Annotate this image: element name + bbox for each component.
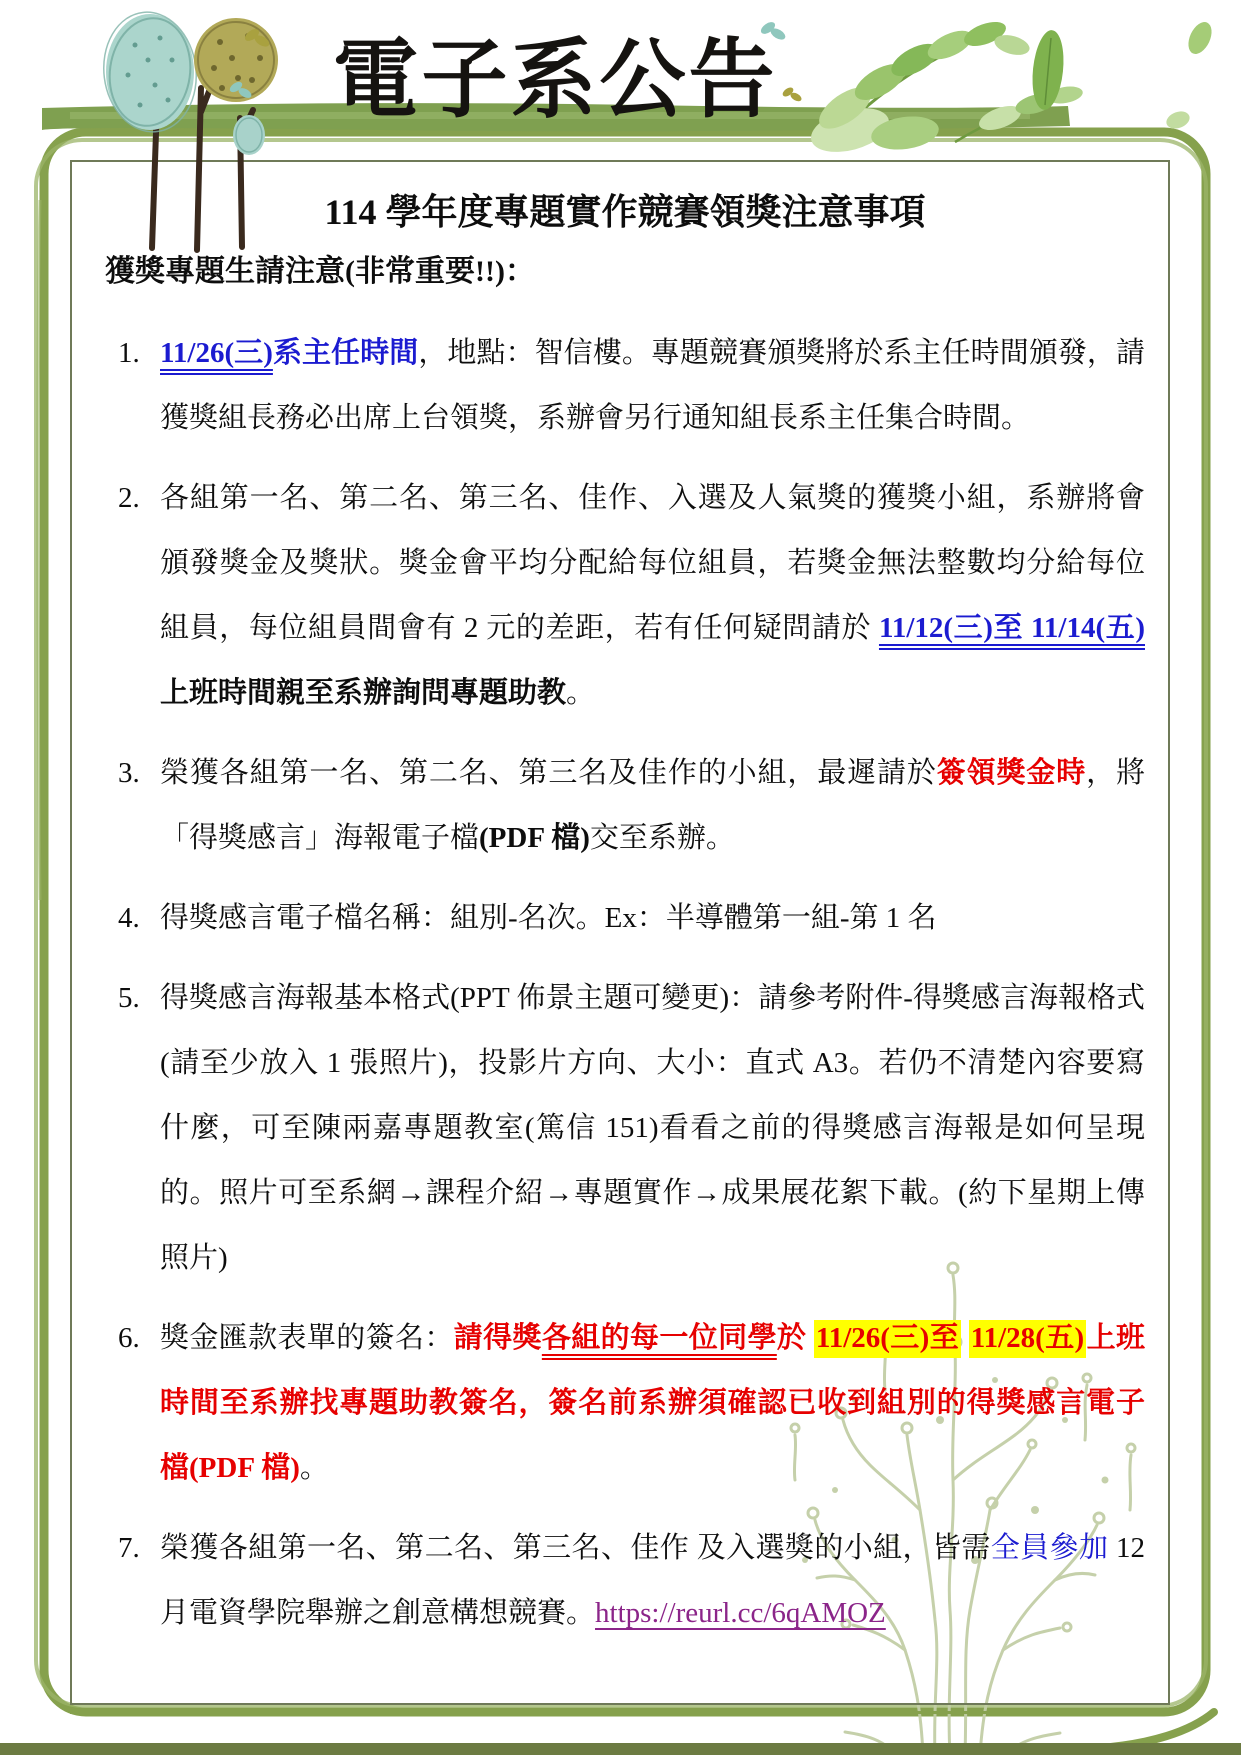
external-link[interactable]: https://reurl.cc/6qAMOZ — [595, 1597, 886, 1629]
text-run: 上班時間親至系辦詢問專題助教 — [160, 677, 566, 709]
bottom-rule — [70, 1711, 1170, 1714]
notice-item-5: 5.得獎感言海報基本格式(PPT 佈景主題可變更)：請參考附件-得獎感言海報格式… — [105, 966, 1145, 1291]
item-number: 4. — [118, 886, 140, 951]
date-link[interactable]: 11/26(三) — [160, 337, 273, 369]
text-run: 11/28(五) — [969, 1320, 1087, 1358]
text-run: 簽領獎金時 — [937, 757, 1086, 789]
text-run: 請得獎 — [454, 1322, 542, 1354]
text-run: 獎金匯款表單的簽名： — [160, 1322, 454, 1354]
banner-title: 電子系公告 — [333, 10, 778, 134]
notice-item-7: 7.榮獲各組第一名、第二名、第三名、佳作 及入選獎的小組，皆需全員參加 12 月… — [105, 1516, 1145, 1646]
notice-item-6: 6.獎金匯款表單的簽名：請得獎各組的每一位同學於 11/26(三)至 11/28… — [105, 1306, 1145, 1501]
text-run: 11/26(三)至 — [814, 1320, 961, 1358]
text-run: 系主任時間 — [273, 337, 418, 369]
date-link[interactable]: 11/12(三)至 11/14(五) — [879, 612, 1145, 644]
notice-list: 1.11/26(三)系主任時間，地點：智信樓。專題競賽頒獎將於系主任時間頒發，請… — [105, 321, 1145, 1646]
text-run: 得獎感言海報基本格式(PPT 佈景主題可變更)：請參考附件-得獎感言海報格式(請… — [160, 982, 1145, 1274]
item-number: 7. — [118, 1516, 140, 1581]
item-number: 5. — [118, 966, 140, 1031]
notice-item-1: 1.11/26(三)系主任時間，地點：智信樓。專題競賽頒獎將於系主任時間頒發，請… — [105, 321, 1145, 451]
text-run: 。 — [566, 677, 595, 709]
announcement-page: 電子系公告 114 學年度專題實作競賽領獎注意事項 獲獎專題生請注意(非常重要!… — [0, 0, 1241, 1755]
text-run: 各組的每一位同學 — [542, 1322, 777, 1354]
notice-item-4: 4.得獎感言電子檔名稱：組別-名次。Ex：半導體第一組-第 1 名 — [105, 886, 1145, 951]
text-run: 於 — [777, 1322, 814, 1354]
text-run: 全員參加 — [991, 1532, 1109, 1564]
text-run: 榮獲各組第一名、第二名、第三名及佳作的小組，最遲請於 — [160, 757, 937, 789]
item-number: 6. — [118, 1306, 140, 1371]
text-run: 。 — [300, 1452, 329, 1484]
text-run: 交至系辦。 — [590, 822, 735, 854]
text-run — [961, 1322, 969, 1354]
leaf-branch-icon — [806, 17, 1216, 160]
text-run: 得獎感言電子檔名稱：組別-名次。Ex：半導體第一組-第 1 名 — [160, 902, 937, 934]
tree-icon — [97, 7, 278, 250]
text-run: 榮獲各組第一名、第二名、第三名、佳作 及入選獎的小組，皆需 — [160, 1532, 991, 1564]
bottom-band — [0, 1743, 1241, 1755]
notice-item-3: 3.榮獲各組第一名、第二名、第三名及佳作的小組，最遲請於簽領獎金時，將「得獎感言… — [105, 741, 1145, 871]
notice-item-2: 2.各組第一名、第二名、第三名、佳作、入選及人氣獎的獲獎小組，系辦將會頒發獎金及… — [105, 466, 1145, 726]
item-number: 1. — [118, 321, 140, 386]
notice-body: 114 學年度專題實作競賽領獎注意事項 獲獎專題生請注意(非常重要!!)： 1.… — [70, 160, 1170, 1661]
item-number: 3. — [118, 741, 140, 806]
text-run: (PDF 檔) — [479, 822, 590, 854]
item-number: 2. — [118, 466, 140, 531]
